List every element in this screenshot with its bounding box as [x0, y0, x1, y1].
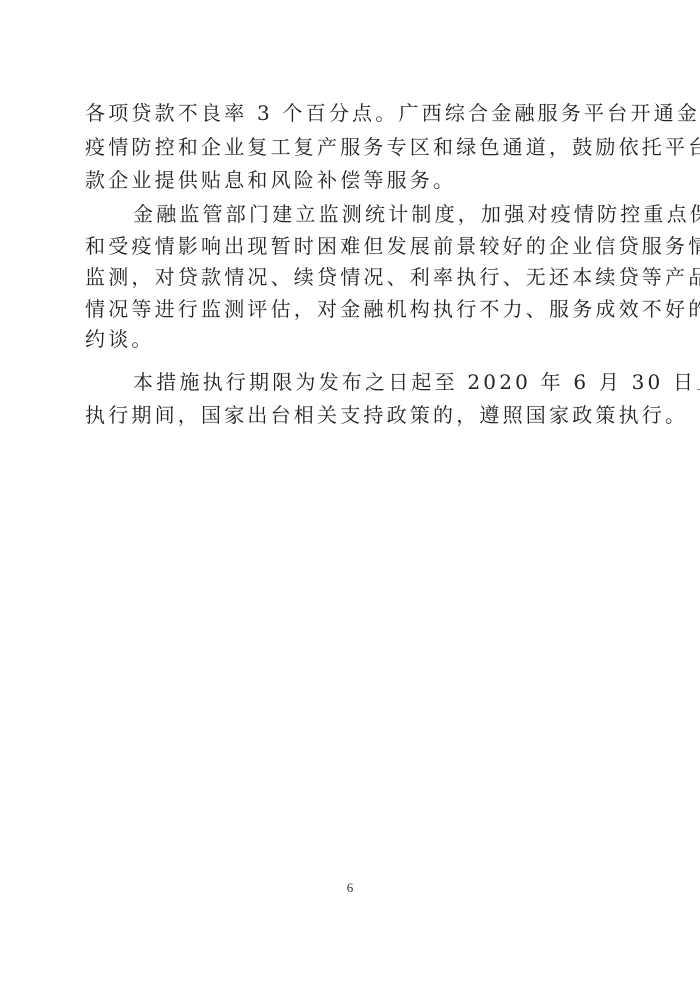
- paragraph-3-line-1: 本措施执行期限为发布之日起至 2020 年 6 月 30 日止。本措施: [133, 369, 615, 395]
- paragraph-1-line-2: 疫情防控和企业复工复产服务专区和绿色通道，鼓励依托平台为贷: [85, 134, 615, 160]
- paragraph-3-line-2: 执行期间，国家出台相关支持政策的，遵照国家政策执行。: [85, 402, 615, 428]
- document-page: 各项贷款不良率 3 个百分点。广西综合金融服务平台开通金融支持 疫情防控和企业复…: [0, 0, 700, 989]
- page-number: 6: [0, 880, 700, 896]
- paragraph-2-line-5: 约谈。: [85, 326, 615, 352]
- paragraph-2-line-3: 监测，对贷款情况、续贷情况、利率执行、无还本续贷等产品运 用: [85, 264, 615, 290]
- paragraph-1-line-3: 款企业提供贴息和风险补偿等服务。: [85, 167, 615, 193]
- paragraph-2-line-4: 情况等进行监测评估，对金融机构执行不力、服务成效不好的进 行: [85, 296, 615, 322]
- paragraph-1-line-1: 各项贷款不良率 3 个百分点。广西综合金融服务平台开通金融支持: [85, 100, 615, 126]
- paragraph-2-line-1: 金融监管部门建立监测统计制度，加强对疫情防控重点保障企 业: [133, 201, 615, 227]
- paragraph-2-line-2: 和受疫情影响出现暂时困难但发展前景较好的企业信贷服务情况 的: [85, 233, 615, 259]
